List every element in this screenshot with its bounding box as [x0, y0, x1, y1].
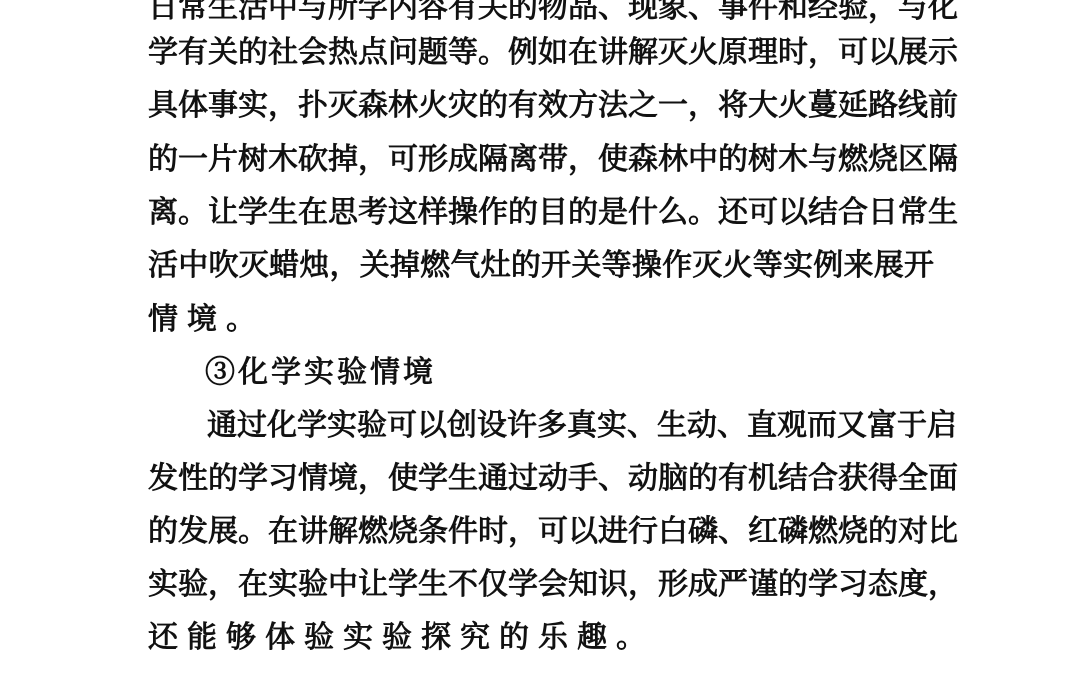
paragraph-line: 情境。: [148, 300, 934, 340]
section-heading: ③化学实验情境: [205, 353, 436, 393]
paragraph-line: 离。让学生在思考这样操作的目的是什么。还可以结合日常生: [148, 193, 934, 233]
paragraph-line: 的发展。在讲解燃烧条件时，可以进行白磷、红磷燃烧的对比: [148, 512, 934, 552]
paragraph-line: 还能够体验实验探究的乐趣。: [148, 618, 934, 658]
paragraph-line: 实验，在实验中让学生不仅学会知识，形成严谨的学习态度，: [148, 565, 934, 605]
paragraph-line: 日常生活中与所学内容有关的物品、现象、事件和经验，与化: [148, 0, 934, 28]
paragraph-line: 的一片树木砍掉，可形成隔离带，使森林中的树木与燃烧区隔: [148, 140, 934, 180]
paragraph-line: 具体事实，扑灭森林火灾的有效方法之一，将大火蔓延路线前: [148, 86, 934, 126]
paragraph-line: 活中吹灭蜡烛，关掉燃气灶的开关等操作灭火等实例来展开: [148, 246, 934, 286]
document-page: 日常生活中与所学内容有关的物品、现象、事件和经验，与化 学有关的社会热点问题等。…: [0, 0, 1080, 675]
paragraph-line: 通过化学实验可以创设许多真实、生动、直观而又富于启: [207, 406, 934, 446]
paragraph-line: 学有关的社会热点问题等。例如在讲解灭火原理时，可以展示: [148, 33, 934, 73]
paragraph-line: 发性的学习情境，使学生通过动手、动脑的有机结合获得全面: [148, 459, 934, 499]
